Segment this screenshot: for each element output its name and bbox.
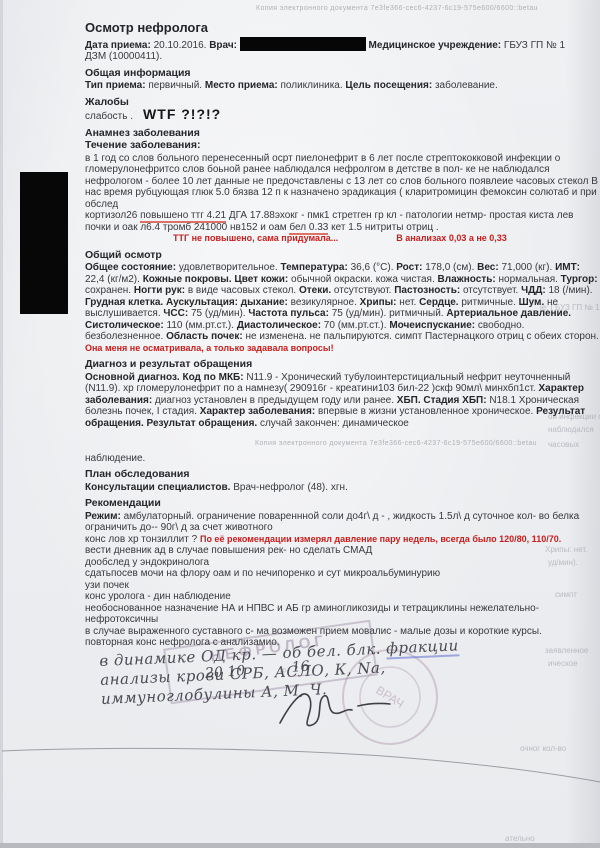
complaints-line: слабость .WTF ?!?!? (85, 109, 600, 123)
scanned-medical-document: { "watermark_top": "Копия электронного д… (0, 0, 600, 848)
section-diagnosis-heading: Диагноз и результат обращения (85, 359, 600, 371)
doctor-signature (272, 683, 402, 735)
scan-left-edge (0, 0, 3, 848)
watermark-copy-middle: Копия электронного документа 7e3fe366-ce… (255, 438, 600, 450)
anamnesis-red-annotations: ТТГ не повышено, сама придумала...В анал… (85, 233, 600, 245)
course-of-disease-heading: Течение заболевания: (85, 140, 600, 152)
document-body: Осмотр нефролога Дата приема: 20.10.2016… (85, 20, 600, 709)
section-exam-heading: Общий осмотр (85, 250, 600, 262)
stamp-year-prefix: 20 (279, 668, 286, 674)
anamnesis-paragraph: в 1 год со слов больного перенесенный ос… (85, 153, 600, 234)
general-info-line: Тип приема: первичный. Место приема: пол… (85, 80, 600, 92)
section-general-info-heading: Общая информация (85, 68, 600, 80)
redaction-box-left (20, 172, 68, 314)
watermark-copy-header: Копия электронного документа 7e3fe366-ce… (256, 5, 538, 12)
section-anamnesis-heading: Анамнез заболевания (85, 128, 600, 140)
plan-line: Консультации специалистов. Врач-нефролог… (85, 482, 600, 494)
diagnosis-paragraph: Основной диагноз. Код по МКБ: N11.9 - Хр… (85, 372, 600, 430)
section-plan-heading: План обследования (85, 469, 600, 481)
visit-header-line: Дата приема: 20.10.2016. Врач: Медицинск… (85, 37, 600, 63)
page-title: Осмотр нефролога (85, 22, 600, 34)
section-recommendations-heading: Рекомендации (85, 498, 600, 510)
stamp-date-day-month: 20 10 (205, 663, 246, 682)
exam-paragraph: Общее состояние: удовлетворительное. Тем… (85, 262, 600, 354)
page-crease-line (0, 735, 600, 795)
scan-bottom-edge (0, 843, 600, 848)
stamp-year-handwritten: 16 (287, 658, 314, 677)
recommendations-paragraph: Режим: амбулаторный. ограничение поварен… (85, 511, 600, 649)
observation-line: наблюдение. (85, 453, 600, 465)
